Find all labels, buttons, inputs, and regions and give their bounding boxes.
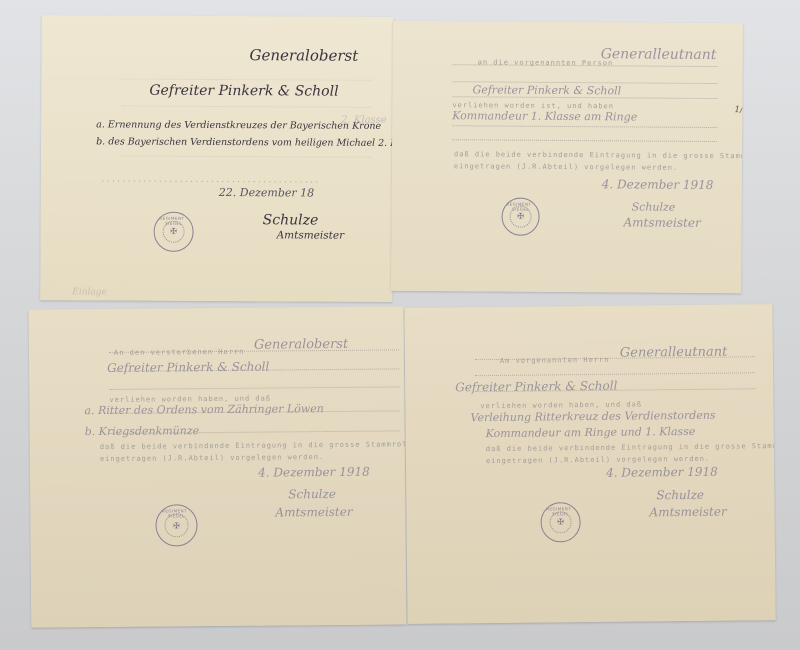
typed-line-1: Am vorgenannten Herrn (500, 356, 610, 365)
date-line: 4. Dezember 1918 (602, 177, 714, 192)
signature: Schulze (288, 487, 336, 501)
signature-title: Amtsmeister (277, 229, 345, 241)
award-item-a: a. Ritter des Ordens vom Zähringer Löwen (84, 402, 323, 417)
document-bottom-left: An den verstorbenen Herrn Generaloberst … (29, 306, 407, 627)
award-item-b: b. des Bayerischen Verdienstordens vom h… (96, 136, 394, 149)
award-item-b: Kommandeur am Ringe und 1. Klasse (486, 425, 696, 440)
header-title: Generaloberst (249, 46, 358, 65)
signature: Schulze (656, 488, 704, 502)
typed-line-1: An den verstorbenen Herrn (114, 348, 244, 357)
document-top-left: Generaloberst Gefreiter Pinkerk & Scholl… (40, 15, 393, 302)
header-title: Generalleutnant (620, 345, 728, 361)
document-bottom-right: Am vorgenannten Herrn Generalleutnant Ge… (404, 304, 775, 624)
typed-line-1: an die vorgenannten Person (478, 58, 614, 67)
official-seal-stamp: REGIMENT · SIEGEL ✠ (540, 502, 580, 542)
official-seal-stamp: REGIMENT · SIEGEL ✠ (155, 504, 197, 546)
date-line: 4. Dezember 1918 (258, 465, 370, 480)
margin-bottom-note: Einlage (72, 287, 107, 297)
date-line: 4. Dezember 1918 (606, 465, 718, 480)
document-top-right: an die vorgenannten Person Generalleutna… (391, 21, 743, 293)
recipient-name: Gefreiter Pinkerk & Scholl (472, 83, 621, 97)
margin-note: 2. Klasse (341, 115, 387, 126)
header-title: Generaloberst (254, 337, 348, 353)
award-line: Kommandeur 1. Klasse am Ringe (452, 109, 637, 123)
signature: Schulze (632, 200, 676, 213)
award-item-a: Verleihung Ritterkreuz des Verdienstorde… (470, 409, 715, 425)
signature: Schulze (263, 212, 319, 228)
date-line: 22. Dezember 18 (219, 186, 314, 199)
award-item-b: b. Kriegsdenkmünze (85, 424, 200, 438)
signature-title: Amtsmeister (649, 505, 726, 520)
official-seal-stamp: REGIMENT · SIEGEL ✠ (154, 212, 194, 252)
signature-title: Amtsmeister (623, 215, 700, 230)
official-seal-stamp: REGIMENT · SIEGEL ✠ (501, 198, 539, 236)
signature-title: Amtsmeister (275, 505, 352, 520)
recipient-name: Gefreiter Pinkerk & Scholl (149, 83, 338, 100)
margin-mark: 1/2 (734, 105, 743, 115)
typed-text: ........................................… (101, 175, 320, 184)
recipient-name: Gefreiter Pinkerk & Scholl (455, 379, 617, 395)
typed-line-2: verliehen worden haben, und daß (480, 400, 642, 410)
header-title: Generalleutnant (601, 46, 717, 63)
award-item-a: a. Ernennung des Verdienstkreuzes der Ba… (96, 119, 381, 131)
recipient-name: Gefreiter Pinkerk & Scholl (107, 360, 269, 375)
typed-line-4: eingetragen (J.R.Abteil) vorgelegen werd… (454, 162, 678, 172)
